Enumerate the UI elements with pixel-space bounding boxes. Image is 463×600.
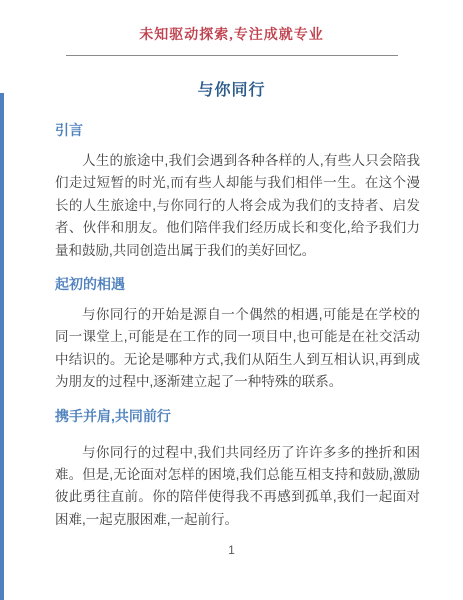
section-paragraph-first-meeting: 与你同行的开始是源自一个偶然的相遇,可能是在学校的同一课堂上,可能是在工作的同一… (55, 304, 420, 394)
section-paragraph-moving-forward: 与你同行的过程中,我们共同经历了许许多多的挫折和困难。但是,无论面对怎样的困境,… (55, 442, 420, 532)
document-page: 未知驱动探索,专注成就专业 与你同行 引言 人生的旅途中,我们会遇到各种各样的人… (0, 0, 463, 600)
header-divider (66, 55, 398, 56)
document-body: 引言 人生的旅途中,我们会遇到各种各样的人,有些人只会陪我们走过短暂的时光,而有… (0, 120, 463, 531)
header-slogan: 未知驱动探索,专注成就专业 (0, 26, 463, 46)
section-heading-intro: 引言 (55, 120, 420, 140)
section-heading-moving-forward: 携手并肩,共同前行 (55, 406, 420, 426)
section-paragraph-intro: 人生的旅途中,我们会遇到各种各样的人,有些人只会陪我们走过短暂的时光,而有些人却… (55, 150, 420, 262)
page-title: 与你同行 (0, 80, 463, 102)
left-accent-bar (0, 93, 4, 600)
page-number: 1 (0, 542, 463, 558)
section-heading-first-meeting: 起初的相遇 (55, 274, 420, 294)
